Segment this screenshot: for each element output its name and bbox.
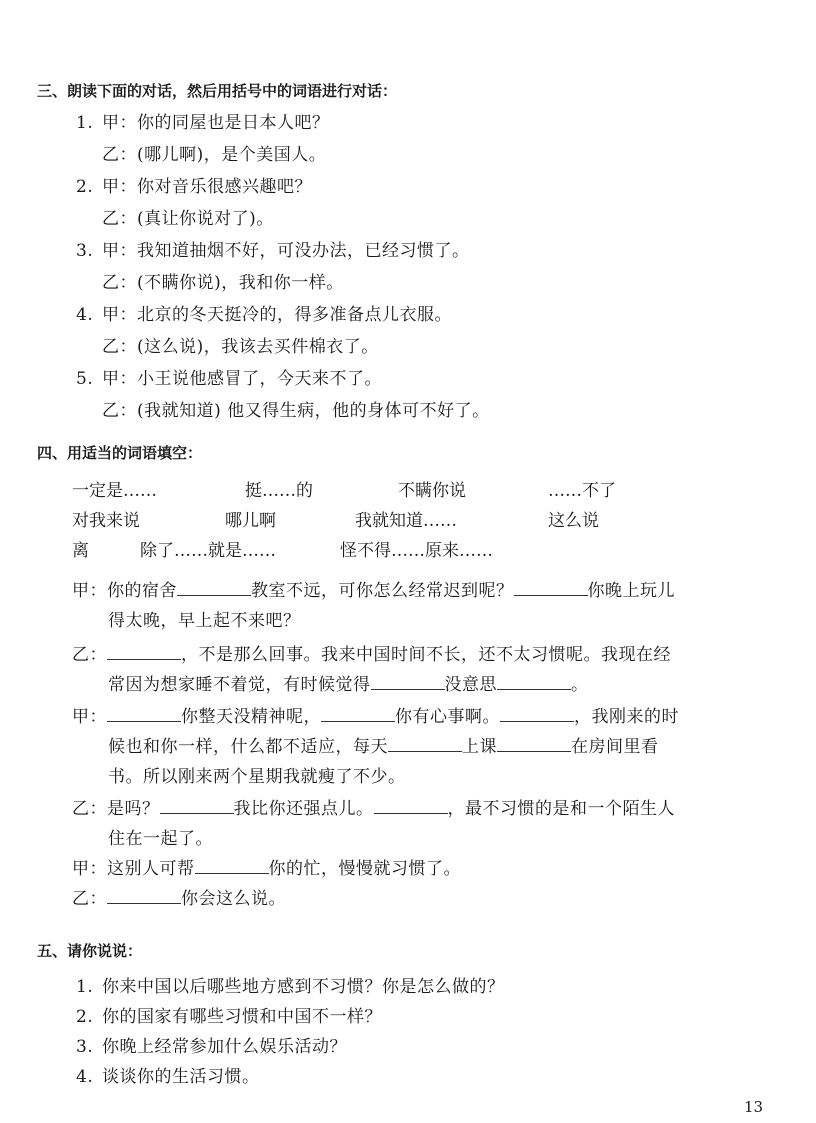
word-bank-item: 除了……就是…… — [140, 536, 276, 561]
dialogue-line-1-cont: 得太晚，早上起不来吧？ — [108, 606, 301, 631]
word-bank-item: ……不了 — [548, 476, 616, 501]
word-bank-item: 一定是…… — [72, 476, 157, 501]
s3-item-3-a: 3.甲：我知道抽烟不好，可没办法，已经习惯了。 — [76, 236, 470, 261]
s3-item-1-b: 乙：(哪儿啊)，是个美国人。 — [102, 140, 326, 165]
word-bank-item: 我就知道…… — [355, 506, 457, 531]
s5-item-3: 3.你晚上经常参加什么娱乐活动？ — [76, 1032, 347, 1057]
fill-blank[interactable] — [497, 737, 571, 752]
s5-item-4: 4.谈谈你的生活习惯。 — [76, 1062, 260, 1087]
fill-blank[interactable] — [107, 707, 181, 722]
s3-item-2-b: 乙：(真让你说对了)。 — [102, 204, 274, 229]
fill-blank[interactable] — [388, 737, 462, 752]
section-5-heading: 五、请你说说： — [37, 940, 142, 961]
page-number: 13 — [744, 1098, 763, 1116]
s3-item-1-a: 1.甲：你的同屋也是日本人吧？ — [76, 108, 330, 133]
s3-item-3-b: 乙：(不瞒你说)，我和你一样。 — [102, 268, 344, 293]
section-4-heading: 四、用适当的词语填空： — [37, 442, 202, 463]
dialogue-line-4: 乙：是吗？我比你还强点儿。，最不习惯的是和一个陌生人 — [72, 794, 675, 819]
word-bank-item: 对我来说 — [72, 506, 140, 531]
fill-blank[interactable] — [514, 581, 588, 596]
fill-blank[interactable] — [500, 707, 574, 722]
s3-item-5-a: 5.甲：小王说他感冒了，今天来不了。 — [76, 364, 382, 389]
word-bank-item: 离 — [72, 536, 89, 561]
word-bank-item: 挺……的 — [245, 476, 313, 501]
fill-blank[interactable] — [160, 799, 234, 814]
fill-blank[interactable] — [177, 581, 251, 596]
dialogue-line-1: 甲：你的宿舍教室不远，可你怎么经常迟到呢？你晚上玩儿 — [72, 576, 675, 601]
word-bank-item: 这么说 — [548, 506, 599, 531]
dialogue-line-5: 甲：这别人可帮你的忙，慢慢就习惯了。 — [72, 854, 461, 879]
fill-blank[interactable] — [321, 707, 395, 722]
section-3-heading: 三、朗读下面的对话，然后用括号中的词语进行对话： — [37, 80, 397, 101]
word-bank-item: 不瞒你说 — [398, 476, 466, 501]
fill-blank[interactable] — [107, 645, 181, 660]
s3-item-2-a: 2.甲：你对音乐很感兴趣吧？ — [76, 172, 312, 197]
fill-blank[interactable] — [374, 799, 448, 814]
dialogue-line-3-cont2: 书。所以刚来两个星期我就瘦了不少。 — [108, 762, 406, 787]
s3-item-4-a: 4.甲：北京的冬天挺冷的，得多准备点儿衣服。 — [76, 300, 452, 325]
dialogue-line-3-cont: 候也和你一样，什么都不适应，每天上课在房间里看 — [108, 732, 659, 757]
s5-item-2: 2.你的国家有哪些习惯和中国不一样？ — [76, 1002, 382, 1027]
s3-item-5-b: 乙：(我就知道) 他又得生病，他的身体可不好了。 — [102, 396, 490, 421]
dialogue-line-3: 甲：你整天没精神呢，你有心事啊。，我刚来的时 — [72, 702, 679, 727]
s5-item-1: 1.你来中国以后哪些地方感到不习惯？你是怎么做的？ — [76, 972, 505, 997]
dialogue-line-4-cont: 住在一起了。 — [108, 824, 213, 849]
fill-blank[interactable] — [371, 675, 445, 690]
word-bank-item: 怪不得……原来…… — [340, 536, 493, 561]
fill-blank[interactable] — [107, 889, 181, 904]
dialogue-line-6: 乙：你会这么说。 — [72, 884, 286, 909]
dialogue-line-2-cont: 常因为想家睡不着觉，有时候觉得没意思。 — [108, 670, 589, 695]
word-bank-item: 哪儿啊 — [225, 506, 276, 531]
fill-blank[interactable] — [195, 859, 269, 874]
s3-item-4-b: 乙：(这么说)，我该去买件棉衣了。 — [102, 332, 379, 357]
fill-blank[interactable] — [497, 675, 571, 690]
dialogue-line-2: 乙：，不是那么回事。我来中国时间不长，还不太习惯呢。我现在经 — [72, 640, 671, 665]
